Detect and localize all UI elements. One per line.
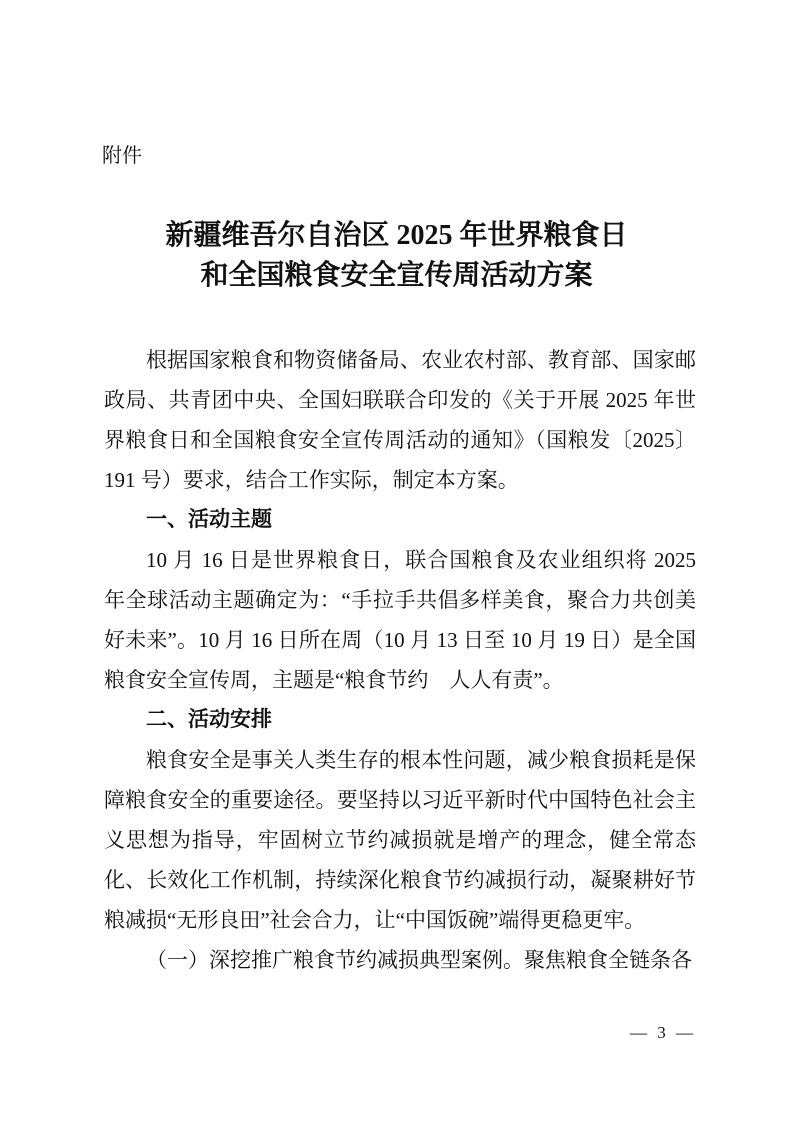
attachment-label: 附件	[102, 142, 142, 170]
document-title-line-2: 和全国粮食安全宣传周活动方案	[0, 256, 793, 296]
list-item-rest: 聚焦粮食全链条各	[524, 948, 692, 972]
section-heading-1: 一、活动主题	[104, 500, 696, 540]
document-title-line-1: 新疆维吾尔自治区 2025 年世界粮食日	[0, 216, 793, 256]
section-heading-2: 二、活动安排	[104, 700, 696, 740]
list-item-paragraph: （一）深挖推广粮食节约减损典型案例。聚焦粮食全链条各	[104, 940, 696, 980]
intro-paragraph: 根据国家粮食和物资储备局、农业农村部、教育部、国家邮政局、共青团中央、全国妇联联…	[104, 340, 696, 500]
page-number: — 3 —	[630, 1021, 696, 1045]
document-title: 新疆维吾尔自治区 2025 年世界粮食日 和全国粮食安全宣传周活动方案	[0, 216, 793, 296]
list-item-lead: （一）深挖推广粮食节约减损典型案例。	[146, 948, 524, 972]
document-page: 附件 新疆维吾尔自治区 2025 年世界粮食日 和全国粮食安全宣传周活动方案 根…	[0, 0, 793, 1122]
section-2-paragraph: 粮食安全是事关人类生存的根本性问题，减少粮食损耗是保障粮食安全的重要途径。要坚持…	[104, 740, 696, 940]
section-1-paragraph: 10 月 16 日是世界粮食日，联合国粮食及农业组织将 2025 年全球活动主题…	[104, 540, 696, 700]
document-body: 根据国家粮食和物资储备局、农业农村部、教育部、国家邮政局、共青团中央、全国妇联联…	[104, 340, 696, 980]
